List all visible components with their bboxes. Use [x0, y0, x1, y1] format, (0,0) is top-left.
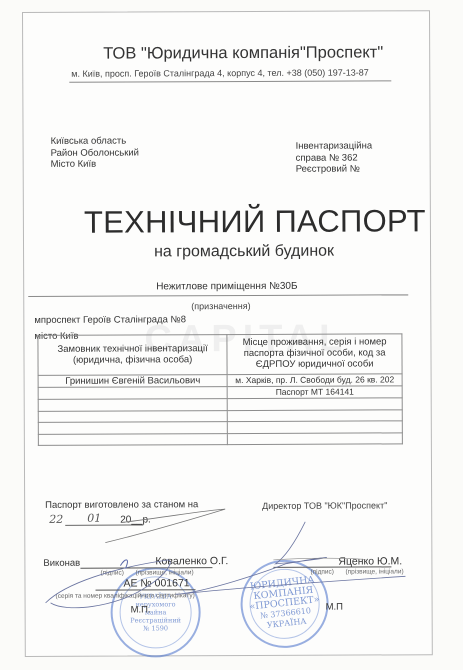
location-block: Київська область Район Оболонський Місто… — [51, 135, 139, 170]
made-as-of-label: Паспорт виготовлено за станом на — [45, 499, 198, 511]
header-rule — [69, 80, 391, 82]
name-caption-right: (прізвище, ініціали) — [345, 568, 403, 575]
table-row: Гринишин Євгеній Васильович м. Харків, п… — [38, 374, 402, 388]
cell-customer: Гринишин Євгеній Васильович — [38, 375, 227, 388]
director-label: Директор ТОВ "ЮК"Проспект" — [262, 500, 387, 511]
stamp-line: Реєстраційний — [130, 616, 181, 624]
cell-residence — [228, 409, 403, 421]
cell-residence: м. Харків, пр. Л. Свободи буд. 26 кв. 20… — [227, 374, 402, 387]
table-row — [38, 432, 402, 445]
stamp-place-left: М.П. — [131, 604, 151, 615]
company-name: ТОВ "Юридична компанія"Проспект" — [103, 43, 383, 63]
company-address: м. Київ, просп. Героїв Сталінграда 4, ко… — [71, 67, 369, 78]
director-name: Яценко Ю.М. — [338, 555, 402, 567]
stamp-line: КОМПАНІЯ — [248, 585, 319, 603]
region: Київська область — [51, 135, 139, 147]
cell-customer — [38, 387, 227, 400]
stamp-line: УКРАЇНА — [251, 615, 322, 633]
executor-name: Коваленко О.Г. — [155, 555, 228, 567]
cell-customer — [38, 433, 227, 445]
signature-caption: (підпис) — [100, 570, 124, 577]
cell-customer — [38, 422, 227, 434]
purpose-label: (призначення) — [191, 301, 250, 311]
cell-customer — [38, 410, 227, 422]
cell-residence — [227, 398, 402, 410]
date-month: 01 — [87, 512, 101, 525]
date-year: 20__р. — [120, 514, 151, 525]
inventory-line-1: Інвентаризаційна — [296, 140, 373, 152]
executor-label: Виконав — [43, 558, 80, 569]
date-day: 22 — [49, 513, 63, 526]
cell-residence — [228, 421, 403, 433]
stamp-line: ЮРИДИЧНА — [247, 575, 318, 593]
purpose-rule — [28, 294, 408, 297]
city: Місто Київ — [51, 158, 139, 170]
purpose-value: Нежитлове приміщення №30Б — [156, 281, 297, 293]
object-street: мпроспект Героїв Сталінграда №8 — [34, 314, 186, 326]
cell-residence: Паспорт МТ 164141 — [227, 386, 402, 399]
certificate-caption: (серія та номер кваліфікаційного сертифі… — [56, 592, 195, 600]
inventory-block: Інвентаризаційна справа № 362 Реєстровий… — [296, 140, 373, 175]
district: Район Оболонський — [51, 147, 139, 159]
cell-customer — [38, 399, 227, 411]
header-customer: Замовник технічної інвентаризації (юриди… — [38, 335, 227, 376]
stamp-line: «ПРОСПЕКТ» — [249, 595, 320, 613]
owners-table: Замовник технічної інвентаризації (юриди… — [37, 333, 402, 446]
signature-caption-right: (підпис) — [310, 569, 334, 576]
document-subtitle: на громадський будинок — [154, 243, 334, 262]
registry-number: Реєстровий № — [296, 163, 373, 175]
header-residence: Місце проживання, серія і номер паспорта… — [227, 334, 402, 375]
name-caption: (прізвище, ініціали) — [135, 569, 193, 576]
stamp-line: № 1590 — [130, 624, 181, 632]
cell-residence — [228, 432, 403, 444]
document-title: ТЕХНІЧНИЙ ПАСПОРТ — [84, 203, 426, 240]
stamp-place-right: М.П — [326, 602, 343, 613]
stamp-line: № 37366610 — [250, 605, 321, 623]
certificate-number: АЕ № 001671 — [123, 577, 189, 589]
table-row: Паспорт МТ 164141 — [38, 386, 402, 400]
table-header-row: Замовник технічної інвентаризації (юриди… — [38, 334, 402, 376]
document-page: ТОВ "Юридична компанія"Проспект" м. Київ… — [22, 10, 433, 657]
inventory-case-number: справа № 362 — [296, 152, 373, 164]
